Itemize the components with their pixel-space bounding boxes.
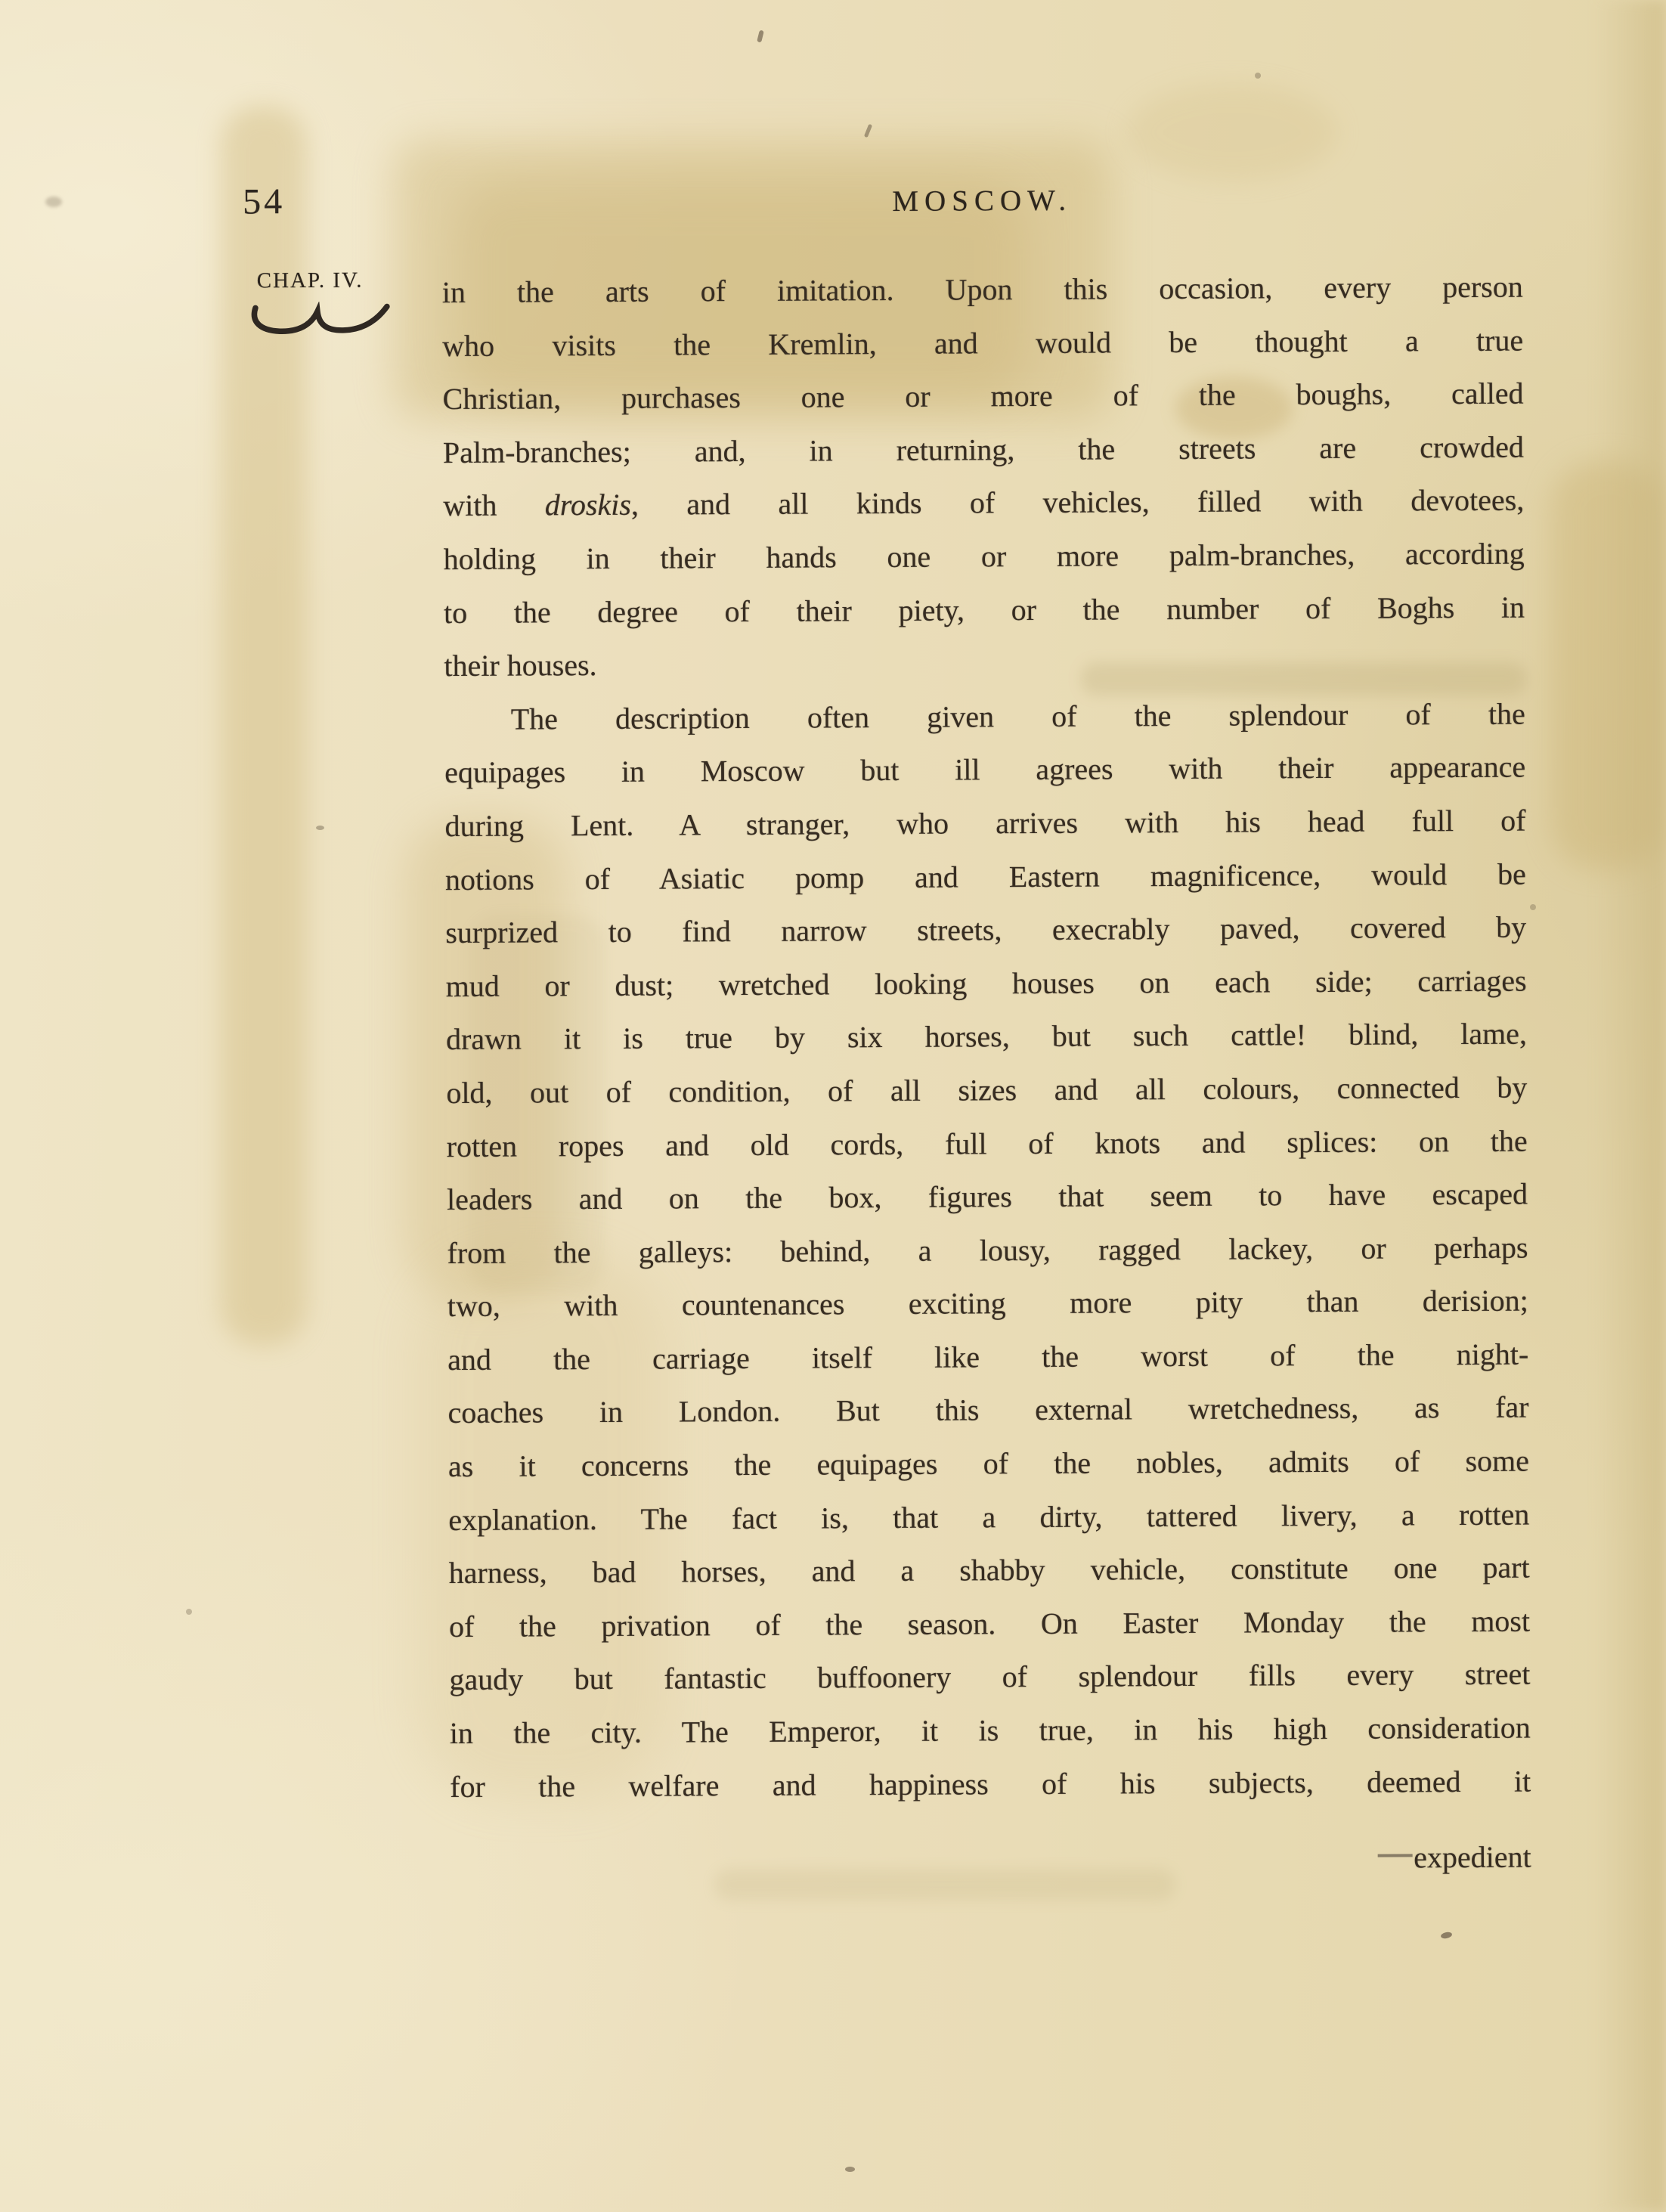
text-line: drawn it is true by six horses, but such… <box>446 1008 1527 1067</box>
text-line: leaders and on the box, figures that see… <box>447 1168 1528 1227</box>
text-line: for the welfare and happiness of his sub… <box>450 1755 1531 1814</box>
ink-smudge-line <box>1377 1854 1412 1857</box>
text-line: surprized to find narrow streets, execra… <box>445 901 1526 960</box>
text-line: mud or dust; wretched looking houses on … <box>445 954 1526 1013</box>
text-line: rotten ropes and old cords, full of knot… <box>447 1114 1528 1173</box>
italic-word: droskis <box>545 488 631 522</box>
catchword: expedient <box>451 1839 1531 1881</box>
text-line: to the degree of their piety, or the num… <box>444 581 1525 640</box>
text-line: of the privation of the season. On Easte… <box>449 1594 1530 1653</box>
text-line: gaudy but fantastic buffoonery of splend… <box>449 1648 1530 1707</box>
text-line: coaches in London. But this external wre… <box>447 1381 1528 1440</box>
chapter-label: CHAP. IV. <box>257 270 364 293</box>
text-run: with <box>443 488 545 523</box>
printed-content: 54 MOSCOW. CHAP. IV. in the arts of imit… <box>0 0 1666 2212</box>
page-header: 54 MOSCOW. <box>0 0 1664 2</box>
chapter-sidenote: CHAP. IV. <box>0 0 1664 2</box>
text-line: harness, bad horses, and a shabby vehicl… <box>449 1541 1530 1600</box>
text-line: in the city. The Emperor, it is true, in… <box>450 1702 1531 1761</box>
text-line: notions of Asiatic pomp and Eastern magn… <box>445 847 1526 906</box>
running-title: MOSCOW. <box>441 184 1522 218</box>
text-line: as it concerns the equipages of the nobl… <box>448 1435 1529 1494</box>
text-line: Palm-branches; and, in returning, the st… <box>443 420 1524 479</box>
text-line: old, out of condition, of all sizes and … <box>446 1061 1527 1120</box>
text-line: and the carriage itself like the worst o… <box>447 1328 1528 1386</box>
text-line: Christian, purchases one or more of the … <box>442 367 1523 426</box>
text-line: The description often given of the splen… <box>444 687 1525 746</box>
text-line: in the arts of imitation. Upon this occa… <box>442 261 1523 320</box>
text-line: who visits the Kremlin, and would be tho… <box>442 314 1523 373</box>
text-line: explanation. The fact is, that a dirty, … <box>448 1488 1529 1547</box>
catchword-text: expedient <box>1414 1840 1531 1875</box>
text-line: equipages in Moscow but ill agrees with … <box>444 741 1525 800</box>
text-line: two, with countenances exciting more pit… <box>447 1275 1528 1334</box>
text-line: their houses. <box>444 634 1525 693</box>
page-number: 54 <box>243 184 285 220</box>
body-text: in the arts of imitation. Upon this occa… <box>442 261 1531 1814</box>
book-page: 54 MOSCOW. CHAP. IV. in the arts of imit… <box>0 0 1666 2212</box>
text-line: during Lent. A stranger, who arrives wit… <box>444 795 1525 854</box>
text-line: with droskis, and all kinds of vehicles,… <box>443 474 1524 533</box>
text-line: holding in their hands one or more palm-… <box>443 528 1524 587</box>
flourish-ornament <box>251 301 392 338</box>
text-line: from the galleys: behind, a lousy, ragge… <box>447 1221 1528 1280</box>
text-run: , and all kinds of vehicles, filled with… <box>631 483 1525 522</box>
